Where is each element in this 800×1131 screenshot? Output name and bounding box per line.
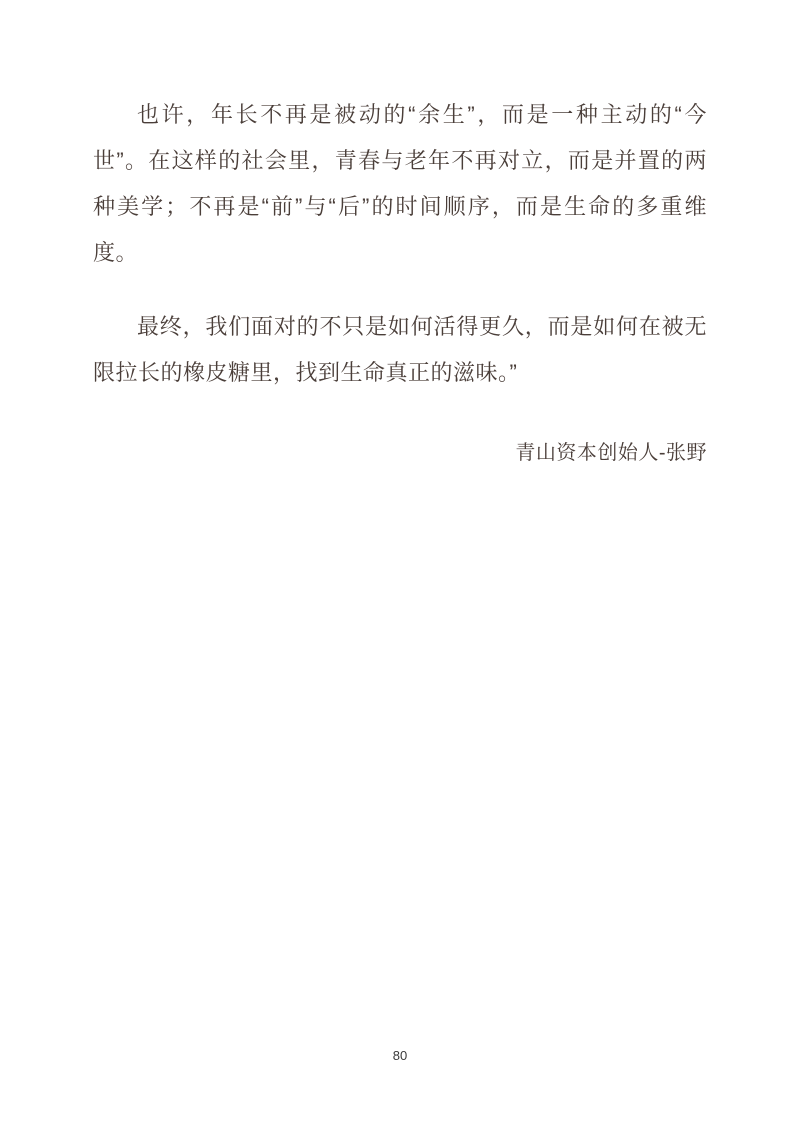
document-page: 也许，年长不再是被动的“余生”，而是一种主动的“今世”。在这样的社会里，青春与老…	[0, 0, 800, 1131]
page-number: 80	[0, 1048, 800, 1063]
page-content: 也许，年长不再是被动的“余生”，而是一种主动的“今世”。在这样的社会里，青春与老…	[93, 92, 707, 476]
attribution-line: 青山资本创始人-张野	[93, 430, 707, 476]
paragraph-1: 也许，年长不再是被动的“余生”，而是一种主动的“今世”。在这样的社会里，青春与老…	[93, 92, 707, 276]
paragraph-2: 最终，我们面对的不只是如何活得更久，而是如何在被无限拉长的橡皮糖里，找到生命真正…	[93, 304, 707, 396]
